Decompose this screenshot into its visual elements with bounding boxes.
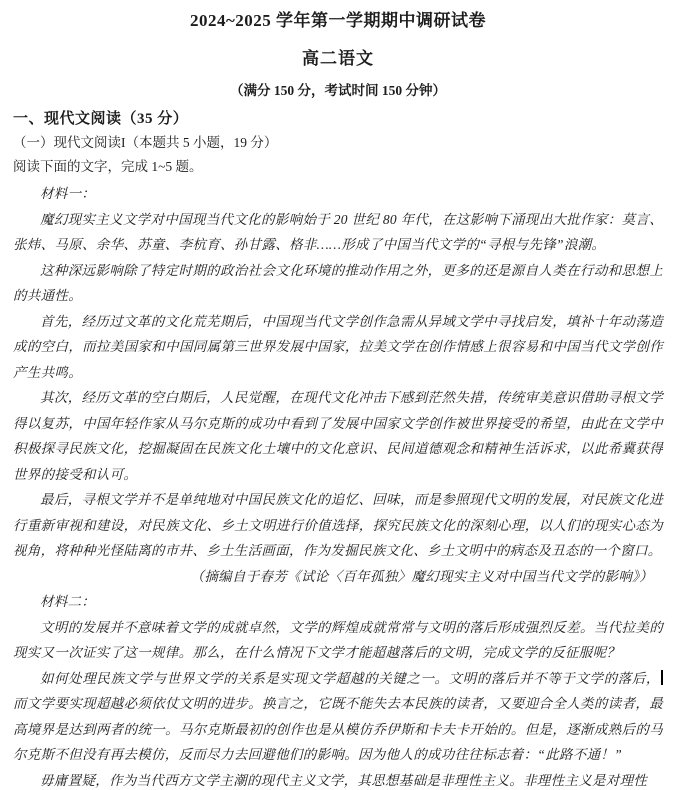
material-one-paragraph-4: 其次，经历文革的空白期后，人民觉醒，在现代文化冲击下感到茫然失措，传统审美意识借…	[13, 385, 663, 487]
material-one-paragraph-1: 魔幻现实主义文学对中国现当代文化的影响始于 20 世纪 80 年代，在这影响下涌…	[13, 207, 663, 258]
material-one: 材料一： 魔幻现实主义文学对中国现当代文化的影响始于 20 世纪 80 年代，在…	[13, 181, 663, 589]
section-subheading: （一）现代文阅读I（本题共 5 小题，19 分）	[13, 132, 663, 153]
material-two-paragraph-2: 如何处理民族文学与世界文学的关系是实现文学超越的关键之一。文明的落后并不等于文学…	[13, 666, 663, 768]
paragraph-text-after-cursor: 而文学要实现超越必须依仗文明的进步。换言之，它既不能失去本民族的读者，又要迎合全…	[13, 696, 663, 762]
material-two: 材料二： 文明的发展并不意味着文学的成就卓然，文学的辉煌成就常常与文明的落后形成…	[13, 589, 663, 790]
material-two-paragraph-3-partial: 毋庸置疑，作为当代西方文学主潮的现代主义文学，其思想基础是非理性主义。非理性主义…	[13, 768, 663, 790]
exam-paper-page: 2024~2025 学年第一学期期中调研试卷 高二语文 （满分 150 分，考试…	[0, 0, 677, 790]
material-one-paragraph-5: 最后，寻根文学并不是单纯地对中国民族文化的追忆、回味，而是参照现代文明的发展，对…	[13, 487, 663, 564]
material-one-attribution: （摘编自于春芳《试论〈百年孤独〉魔幻现实主义对中国当代文学的影响》）	[13, 564, 663, 590]
page-title: 2024~2025 学年第一学期期中调研试卷	[13, 8, 663, 34]
material-two-label: 材料二：	[13, 589, 663, 615]
exam-subject: 高二语文	[13, 47, 663, 71]
reading-instruction: 阅读下面的文字，完成 1~5 题。	[13, 156, 663, 177]
material-two-paragraph-1: 文明的发展并不意味着文学的成就卓然，文学的辉煌成就常常与文明的落后形成强烈反差。…	[13, 615, 663, 666]
section-heading: 一、现代文阅读（35 分）	[13, 108, 663, 130]
text-cursor	[661, 670, 663, 685]
exam-info: （满分 150 分，考试时间 150 分钟）	[13, 81, 663, 101]
material-one-paragraph-2: 这种深远影响除了特定时期的政治社会文化环境的推动作用之外，更多的还是源自人类在行…	[13, 258, 663, 309]
material-one-paragraph-3: 首先，经历过文革的文化荒芜期后，中国现当代文学创作急需从异域文学中寻找启发，填补…	[13, 309, 663, 386]
paragraph-text-before-cursor: 如何处理民族文学与世界文学的关系是实现文学超越的关键之一。文明的落后并不等于文学…	[40, 671, 660, 686]
material-one-label: 材料一：	[13, 181, 663, 207]
